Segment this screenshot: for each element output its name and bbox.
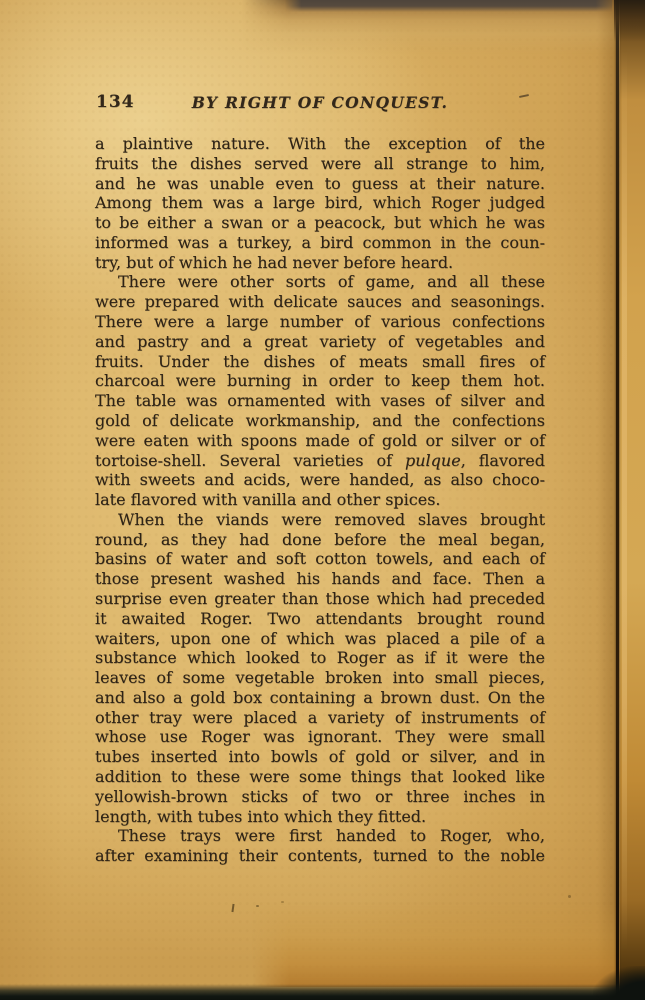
page-body: a plaintive nature. With the exception o… — [95, 134, 545, 866]
text-line: after examining their contents, turned t… — [95, 846, 545, 866]
text-line: addition to these were some things that … — [95, 767, 545, 787]
text-line: surprise even greater than those which h… — [95, 589, 545, 609]
text-line: those present washed his hands and face.… — [95, 569, 545, 589]
text-line: other tray were placed a variety of inst… — [95, 708, 545, 728]
text-line: whose use Roger was ignorant. They were … — [95, 727, 545, 747]
text-line: were prepared with delicate sauces and s… — [95, 292, 545, 312]
ink-mark — [231, 904, 234, 912]
text-line: Among them was a large bird, which Roger… — [95, 193, 545, 213]
next-page-edge — [620, 0, 645, 1000]
text-line: gold of delicate workmanship, and the co… — [95, 411, 545, 431]
text-line: There were other sorts of game, and all … — [95, 272, 545, 292]
text-line: informed was a turkey, a bird common in … — [95, 233, 545, 253]
ink-mark — [281, 901, 284, 903]
page-edge-line — [616, 0, 619, 1000]
book-page: 134 BY RIGHT OF CONQUEST. a plaintive na… — [0, 0, 645, 1000]
text-line: late flavored with vanilla and other spi… — [95, 490, 545, 510]
paragraph: When the viands were removed slaves brou… — [95, 510, 545, 827]
scan-dark-corner-top-right — [614, 0, 645, 42]
text-line: and also a gold box containing a brown d… — [95, 688, 545, 708]
paragraph: There were other sorts of game, and all … — [95, 272, 545, 509]
text-line: tubes inserted into bowls of gold or sil… — [95, 747, 545, 767]
scan-dark-corner-bottom-right — [593, 966, 645, 1000]
text-line: and he was unable even to guess at their… — [95, 174, 545, 194]
spine-shadow — [597, 0, 617, 1000]
text-line: The table was ornamented with vases of s… — [95, 391, 545, 411]
text-line: waiters, upon one of which was placed a … — [95, 629, 545, 649]
paragraph: These trays were first handed to Roger, … — [95, 826, 545, 866]
scan-dark-bar-bottom — [0, 984, 645, 1000]
text-line: try, but of which he had never before he… — [95, 253, 545, 273]
text-line: leaves of some vegetable broken into sma… — [95, 668, 545, 688]
text-line: There were a large number of various con… — [95, 312, 545, 332]
text-line: to be either a swan or a peacock, but wh… — [95, 213, 545, 233]
paragraph: a plaintive nature. With the exception o… — [95, 134, 545, 272]
text-line: with sweets and acids, were handed, as a… — [95, 470, 545, 490]
text-line: a plaintive nature. With the exception o… — [95, 134, 545, 154]
text-line: round, as they had done before the meal … — [95, 530, 545, 550]
text-line: fruits. Under the dishes of meats small … — [95, 352, 545, 372]
scan-dark-bar-top — [285, 0, 612, 12]
ink-mark — [256, 905, 259, 907]
text-line: charcoal were burning in order to keep t… — [95, 371, 545, 391]
text-line: length, with tubes into which they fitte… — [95, 807, 545, 827]
scan-blur-bottom — [252, 902, 625, 987]
text-line: When the viands were removed slaves brou… — [95, 510, 545, 530]
text-line: substance which looked to Roger as if it… — [95, 648, 545, 668]
ink-mark — [568, 895, 571, 898]
text-line: yellowish-brown sticks of two or three i… — [95, 787, 545, 807]
text-line: fruits the dishes served were all strang… — [95, 154, 545, 174]
text-line: were eaten with spoons made of gold or s… — [95, 431, 545, 451]
text-line: These trays were first handed to Roger, … — [95, 826, 545, 846]
page-header: 134 BY RIGHT OF CONQUEST. — [95, 91, 545, 113]
text-line: tortoise-shell. Several varieties of pul… — [95, 451, 545, 471]
text-line: basins of water and soft cotton towels, … — [95, 549, 545, 569]
running-title: BY RIGHT OF CONQUEST. — [95, 92, 545, 114]
text-line: and pastry and a great variety of vegeta… — [95, 332, 545, 352]
text-line: it awaited Roger. Two attendants brought… — [95, 609, 545, 629]
